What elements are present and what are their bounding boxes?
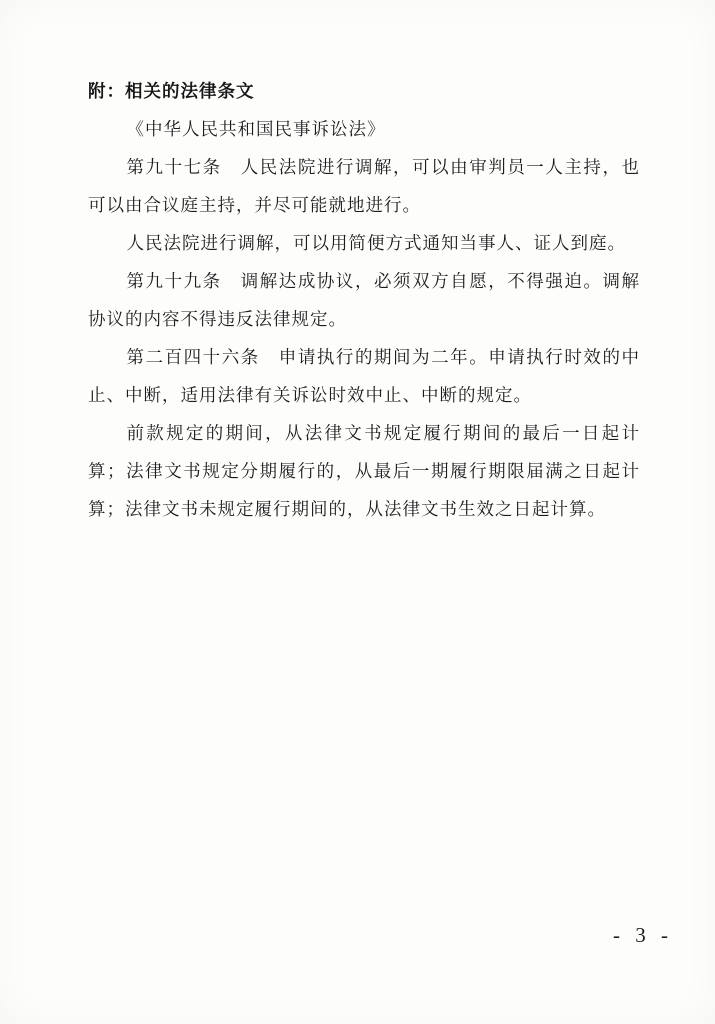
page-number: - 3 - [613,923,673,948]
paragraph-article-246: 第二百四十六条 申请执行的期间为二年。申请执行时效的中止、中断，适用法律有关诉讼… [88,338,640,414]
scanned-document-page: 附：相关的法律条文 《中华人民共和国民事诉讼法》 第九十七条 人民法院进行调解，… [0,0,715,1024]
law-title: 《中华人民共和国民事诉讼法》 [88,110,640,148]
paragraph-mediation-notice: 人民法院进行调解，可以用简便方式通知当事人、证人到庭。 [88,224,640,262]
attachment-heading: 附：相关的法律条文 [88,72,640,110]
document-body: 附：相关的法律条文 《中华人民共和国民事诉讼法》 第九十七条 人民法院进行调解，… [88,72,640,528]
paragraph-article-99: 第九十九条 调解达成协议，必须双方自愿，不得强迫。调解协议的内容不得违反法律规定… [88,262,640,338]
paragraph-deadline-calculation: 前款规定的期间，从法律文书规定履行期间的最后一日起计算；法律文书规定分期履行的，… [88,414,640,528]
paragraph-article-97: 第九十七条 人民法院进行调解，可以由审判员一人主持，也可以由合议庭主持，并尽可能… [88,148,640,224]
